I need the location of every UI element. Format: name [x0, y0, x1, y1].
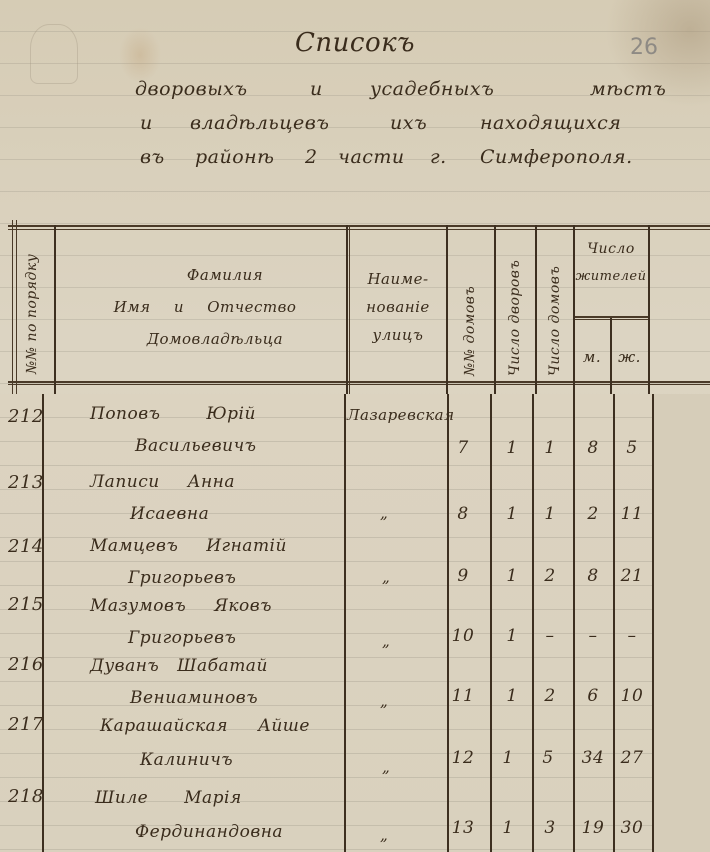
- header-female: ж.: [611, 340, 648, 374]
- subtitle-word: ихъ: [390, 112, 427, 134]
- header-col-rule: [535, 225, 537, 394]
- header-bottom-rule: [8, 384, 710, 385]
- houses-count: 5: [528, 748, 568, 768]
- houses-count: 1: [530, 438, 570, 458]
- male-count: 8: [573, 566, 613, 586]
- row-number: 217: [8, 714, 44, 735]
- header-col-rule: [16, 220, 17, 394]
- header-house-no: №№ домовъ: [462, 286, 478, 376]
- male-count: 6: [573, 686, 613, 706]
- subtitle-word: 2 части: [305, 146, 405, 168]
- row-number: 218: [8, 786, 44, 807]
- header-top-rule: [8, 229, 710, 230]
- owner-patronymic: Калиничъ: [140, 750, 233, 770]
- yards-count: 1: [492, 626, 532, 646]
- yards-count: 1: [492, 504, 532, 524]
- owner-patronymic: Фердинандовна: [135, 822, 283, 842]
- yards-count: 1: [492, 438, 532, 458]
- street-name: Лазаревская: [347, 406, 455, 424]
- owner-name: Дуванъ Шабатай: [90, 656, 268, 676]
- header-yards-count: Число дворовъ: [507, 260, 523, 376]
- ledger-page: 26 Списокъ дворовыхъ и усадебныхъ мѣстъ …: [0, 0, 710, 852]
- header-street-line3: улицъ: [350, 318, 446, 352]
- header-row-number: №№ по порядку: [24, 254, 40, 374]
- body-col-rule: [344, 394, 346, 852]
- female-count: 30: [612, 818, 652, 838]
- street-ditto: „: [382, 758, 390, 776]
- subtitle-word: въ: [140, 146, 165, 168]
- header-male: м.: [574, 340, 610, 374]
- body-col-rule: [532, 394, 534, 852]
- houses-count: 2: [530, 686, 570, 706]
- subtitle-word: мѣстъ: [590, 78, 666, 100]
- owner-name: Поповъ Юрiй: [90, 404, 256, 424]
- yards-count: 1: [488, 818, 528, 838]
- body-col-rule: [447, 394, 449, 852]
- houses-count: 3: [530, 818, 570, 838]
- row-number: 216: [8, 654, 44, 675]
- owner-name: Лаписи Анна: [90, 472, 235, 492]
- houses-count: 1: [530, 504, 570, 524]
- header-col-rule: [648, 225, 650, 394]
- female-count: –: [612, 626, 652, 646]
- house-number: 9: [443, 566, 483, 586]
- body-col-rule: [573, 394, 575, 852]
- yards-count: 1: [492, 566, 532, 586]
- header-col-rule: [446, 225, 448, 394]
- owner-name: Карашайская Айше: [100, 716, 310, 736]
- house-number: 8: [443, 504, 483, 524]
- owner-patronymic: Вениаминовъ: [130, 688, 258, 708]
- female-count: 21: [612, 566, 652, 586]
- street-ditto: „: [380, 504, 388, 522]
- male-count: 19: [573, 818, 613, 838]
- house-number: 12: [443, 748, 483, 768]
- house-number: 11: [443, 686, 483, 706]
- header-houses-count: Число домовъ: [547, 266, 563, 376]
- male-count: 34: [573, 748, 613, 768]
- row-number: 213: [8, 472, 44, 493]
- street-ditto: „: [380, 692, 388, 710]
- header-col-rule: [346, 225, 348, 394]
- subtitle-word: районѣ: [195, 146, 274, 168]
- header-residents-line2: жителей: [574, 260, 648, 294]
- header-top-rule: [8, 225, 710, 227]
- male-count: 8: [573, 438, 613, 458]
- row-number: 214: [8, 536, 44, 557]
- body-col-rule: [490, 394, 492, 852]
- header-col-rule: [494, 225, 496, 394]
- document-title: Списокъ: [0, 28, 710, 58]
- house-number: 7: [443, 438, 483, 458]
- header-col-rule: [54, 225, 56, 394]
- owner-name: Мазумовъ Яковъ: [90, 596, 272, 616]
- subtitle-word: Симферополя.: [480, 146, 633, 168]
- header-bottom-rule: [8, 381, 710, 383]
- subtitle-word: владѣльцевъ: [190, 112, 329, 134]
- male-count: –: [573, 626, 613, 646]
- owner-patronymic: Исаевна: [130, 504, 209, 524]
- body-col-rule: [42, 394, 44, 852]
- female-count: 5: [612, 438, 652, 458]
- house-number: 10: [443, 626, 483, 646]
- subtitle-word: усадебныхъ: [370, 78, 494, 100]
- header-owner-line3: Домовладѣльца: [110, 322, 320, 356]
- subtitle-word: и: [310, 78, 323, 100]
- margin-strip: [652, 394, 710, 852]
- subtitle-word: г.: [430, 146, 447, 168]
- header-col-rule: [12, 220, 13, 394]
- female-count: 27: [612, 748, 652, 768]
- header-owner-line2: Имя и Отчество: [90, 290, 320, 324]
- table-body: 212 Поповъ Юрiй Васильевичъ Лазаревская …: [0, 394, 710, 852]
- street-ditto: „: [382, 632, 390, 650]
- owner-name: Мамцевъ Игнатiй: [90, 536, 287, 556]
- street-ditto: „: [380, 826, 388, 844]
- subtitle-word: находящихся: [480, 112, 621, 134]
- yards-count: 1: [488, 748, 528, 768]
- owner-patronymic: Васильевичъ: [135, 436, 257, 456]
- owner-patronymic: Григорьевъ: [128, 568, 236, 588]
- house-number: 13: [443, 818, 483, 838]
- street-ditto: „: [382, 568, 390, 586]
- houses-count: 2: [530, 566, 570, 586]
- female-count: 10: [612, 686, 652, 706]
- houses-count: –: [530, 626, 570, 646]
- body-col-rule: [652, 394, 654, 852]
- male-count: 2: [573, 504, 613, 524]
- female-count: 11: [612, 504, 652, 524]
- owner-name: Шиле Марiя: [95, 788, 242, 808]
- row-number: 215: [8, 594, 44, 615]
- body-col-rule: [613, 394, 615, 852]
- header-owner-line1: Фамилия: [150, 258, 300, 292]
- subtitle-word: и: [140, 112, 153, 134]
- row-number: 212: [8, 406, 44, 427]
- yards-count: 1: [492, 686, 532, 706]
- subtitle-word: дворовыхъ: [135, 78, 248, 100]
- owner-patronymic: Григорьевъ: [128, 628, 236, 648]
